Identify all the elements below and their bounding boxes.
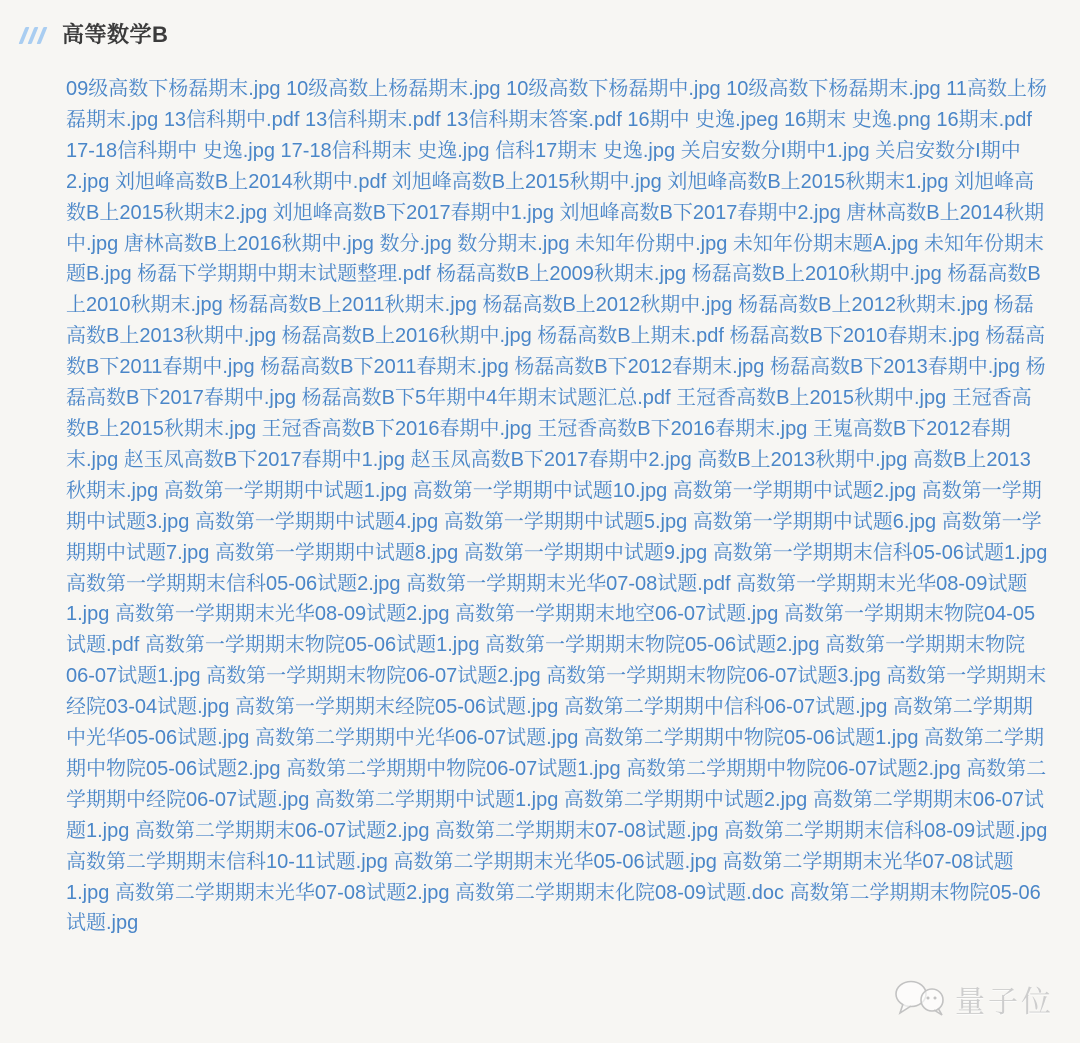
file-link[interactable]: 高数第二学期期中试题2.jpg — [564, 789, 807, 811]
file-link[interactable]: 高数第一学期期中试题10.jpg — [413, 480, 668, 502]
file-link[interactable]: 杨磊高数B上2012秋期末.jpg — [738, 294, 988, 316]
file-link[interactable]: 高数第一学期期末光华08-09试题2.jpg — [115, 603, 450, 625]
file-link[interactable]: 刘旭峰高数B上2015秋期中.jpg — [392, 171, 662, 193]
triple-slash-icon — [22, 24, 49, 44]
file-link[interactable]: 杨磊高数B上期末.pdf — [537, 325, 724, 347]
file-link[interactable]: 高数第二学期期末化院08-09试题.doc — [455, 882, 784, 904]
file-link[interactable]: 杨磊高数B下2011春期末.jpg — [260, 356, 509, 378]
file-link[interactable]: 13信科期中.pdf — [164, 109, 300, 131]
chat-bubbles-icon — [893, 977, 951, 1021]
file-link[interactable]: 王冠香高数B上2015秋期中.jpg — [676, 387, 946, 409]
file-link[interactable]: 杨磊高数B下2012春期末.jpg — [514, 356, 764, 378]
file-link[interactable]: 17-18信科期末 史逸.jpg — [281, 140, 490, 162]
file-link[interactable]: 高数第一学期期末信科05-06试题1.jpg — [713, 542, 1048, 564]
file-link[interactable]: 高数第一学期期中试题1.jpg — [164, 480, 407, 502]
file-link[interactable]: 16期末 史逸.png — [784, 109, 931, 131]
file-link[interactable]: 13信科期末.pdf — [305, 109, 441, 131]
file-link[interactable]: 高数第二学期期中物院06-07试题1.jpg — [286, 758, 621, 780]
file-link[interactable]: 高数第一学期期中试题2.jpg — [673, 480, 916, 502]
file-link[interactable]: 高数第一学期期中试题8.jpg — [215, 542, 458, 564]
file-link[interactable]: 高数第二学期期中试题1.jpg — [315, 789, 558, 811]
file-link[interactable]: 信科17期末 史逸.jpg — [495, 140, 675, 162]
file-link[interactable]: 杨磊高数B上2016秋期中.jpg — [282, 325, 532, 347]
file-link[interactable]: 刘旭峰高数B下2017春期中2.jpg — [560, 202, 841, 224]
file-link[interactable]: 王冠香高数B下2016春期中.jpg — [262, 418, 532, 440]
file-link[interactable]: 10级高数上杨磊期末.jpg — [286, 78, 501, 100]
file-link[interactable]: 数分.jpg — [379, 233, 451, 255]
file-link[interactable]: 杨磊高数B上2009秋期末.jpg — [436, 263, 686, 285]
file-link[interactable]: 高数第二学期期中光华06-07试题.jpg — [255, 727, 578, 749]
file-link[interactable]: 数分期末.jpg — [457, 233, 569, 255]
file-link[interactable]: 高数B上2013秋期中.jpg — [697, 449, 907, 471]
file-link[interactable]: 赵玉凤高数B下2017春期中1.jpg — [124, 449, 405, 471]
file-link[interactable]: 赵玉凤高数B下2017春期中2.jpg — [411, 449, 692, 471]
file-link[interactable]: 高数第二学期期中物院06-07试题2.jpg — [626, 758, 961, 780]
file-link[interactable]: 13信科期末答案.pdf — [446, 109, 622, 131]
file-link[interactable]: 高数第一学期期末物院06-07试题3.jpg — [546, 665, 881, 687]
file-link[interactable]: 高数第一学期期末物院06-07试题2.jpg — [206, 665, 541, 687]
file-link[interactable]: 杨磊下学期期中期末试题整理.pdf — [137, 263, 430, 285]
file-link[interactable]: 高数第一学期期末光华07-08试题.pdf — [406, 573, 731, 595]
file-link[interactable]: 高数第一学期期末地空06-07试题.jpg — [455, 603, 778, 625]
watermark: 量子位 — [893, 977, 1054, 1021]
file-link[interactable]: 高数第二学期期中信科06-07试题.jpg — [564, 696, 887, 718]
page-title: 高等数学B — [62, 18, 168, 49]
file-list: 09级高数下杨磊期末.jpg 10级高数上杨磊期末.jpg 10级高数下杨磊期中… — [66, 74, 1050, 939]
file-link[interactable]: 高数第一学期期中试题4.jpg — [195, 511, 438, 533]
file-link[interactable]: 高数第二学期期末信科10-11试题.jpg — [66, 851, 388, 873]
file-link[interactable]: 杨磊高数B下5年期中4年期末试题汇总.pdf — [302, 387, 671, 409]
file-link[interactable]: 高数第一学期期中试题5.jpg — [444, 511, 687, 533]
file-link[interactable]: 高数第二学期期末信科08-09试题.jpg — [724, 820, 1047, 842]
file-link[interactable]: 杨磊高数B上2012秋期中.jpg — [482, 294, 732, 316]
file-link[interactable]: 高数第二学期期末07-08试题.jpg — [435, 820, 718, 842]
watermark-label: 量子位 — [955, 977, 1054, 1021]
file-link[interactable]: 关启安数分I期中1.jpg — [681, 140, 870, 162]
file-link[interactable]: 高数第一学期期末经院05-06试题.jpg — [235, 696, 558, 718]
file-link[interactable]: 16期中 史逸.jpeg — [627, 109, 778, 131]
file-link[interactable]: 高数第一学期期末信科05-06试题2.jpg — [66, 573, 401, 595]
file-link[interactable]: 09级高数下杨磊期末.jpg — [66, 78, 281, 100]
file-link[interactable]: 未知年份期末题A.jpg — [733, 233, 919, 255]
file-link[interactable]: 高数第一学期期中试题6.jpg — [693, 511, 936, 533]
file-link[interactable]: 高数第二学期期末06-07试题2.jpg — [135, 820, 430, 842]
file-link[interactable]: 唐林高数B上2016秋期中.jpg — [124, 233, 374, 255]
file-link[interactable]: 高数第一学期期中试题9.jpg — [464, 542, 707, 564]
file-link[interactable]: 高数第二学期期末光华07-08试题2.jpg — [115, 882, 450, 904]
file-link[interactable]: 刘旭峰高数B上2015秋期末1.jpg — [667, 171, 948, 193]
file-link[interactable]: 刘旭峰高数B下2017春期中1.jpg — [273, 202, 554, 224]
file-link[interactable]: 杨磊高数B上2011秋期末.jpg — [228, 294, 477, 316]
file-link[interactable]: 杨磊高数B上2010秋期中.jpg — [692, 263, 942, 285]
file-link[interactable]: 高数第二学期期末光华05-06试题.jpg — [393, 851, 716, 873]
file-link[interactable]: 10级高数下杨磊期中.jpg — [506, 78, 721, 100]
file-link[interactable]: 10级高数下杨磊期末.jpg — [726, 78, 941, 100]
file-link[interactable]: 杨磊高数B下2010春期末.jpg — [730, 325, 980, 347]
file-link[interactable]: 高数第一学期期末物院05-06试题2.jpg — [485, 634, 820, 656]
file-link[interactable]: 16期末.pdf — [936, 109, 1032, 131]
file-link[interactable]: 刘旭峰高数B上2014秋期中.pdf — [115, 171, 386, 193]
file-link[interactable]: 未知年份期中.jpg — [575, 233, 727, 255]
file-link[interactable]: 高数第一学期期末物院05-06试题1.jpg — [145, 634, 480, 656]
page-header: 高等数学B — [22, 18, 168, 49]
file-link[interactable]: 高数第二学期期中物院05-06试题1.jpg — [584, 727, 919, 749]
file-link[interactable]: 杨磊高数B下2013春期中.jpg — [770, 356, 1020, 378]
file-link[interactable]: 王冠香高数B下2016春期末.jpg — [537, 418, 807, 440]
file-link[interactable]: 17-18信科期中 史逸.jpg — [66, 140, 275, 162]
